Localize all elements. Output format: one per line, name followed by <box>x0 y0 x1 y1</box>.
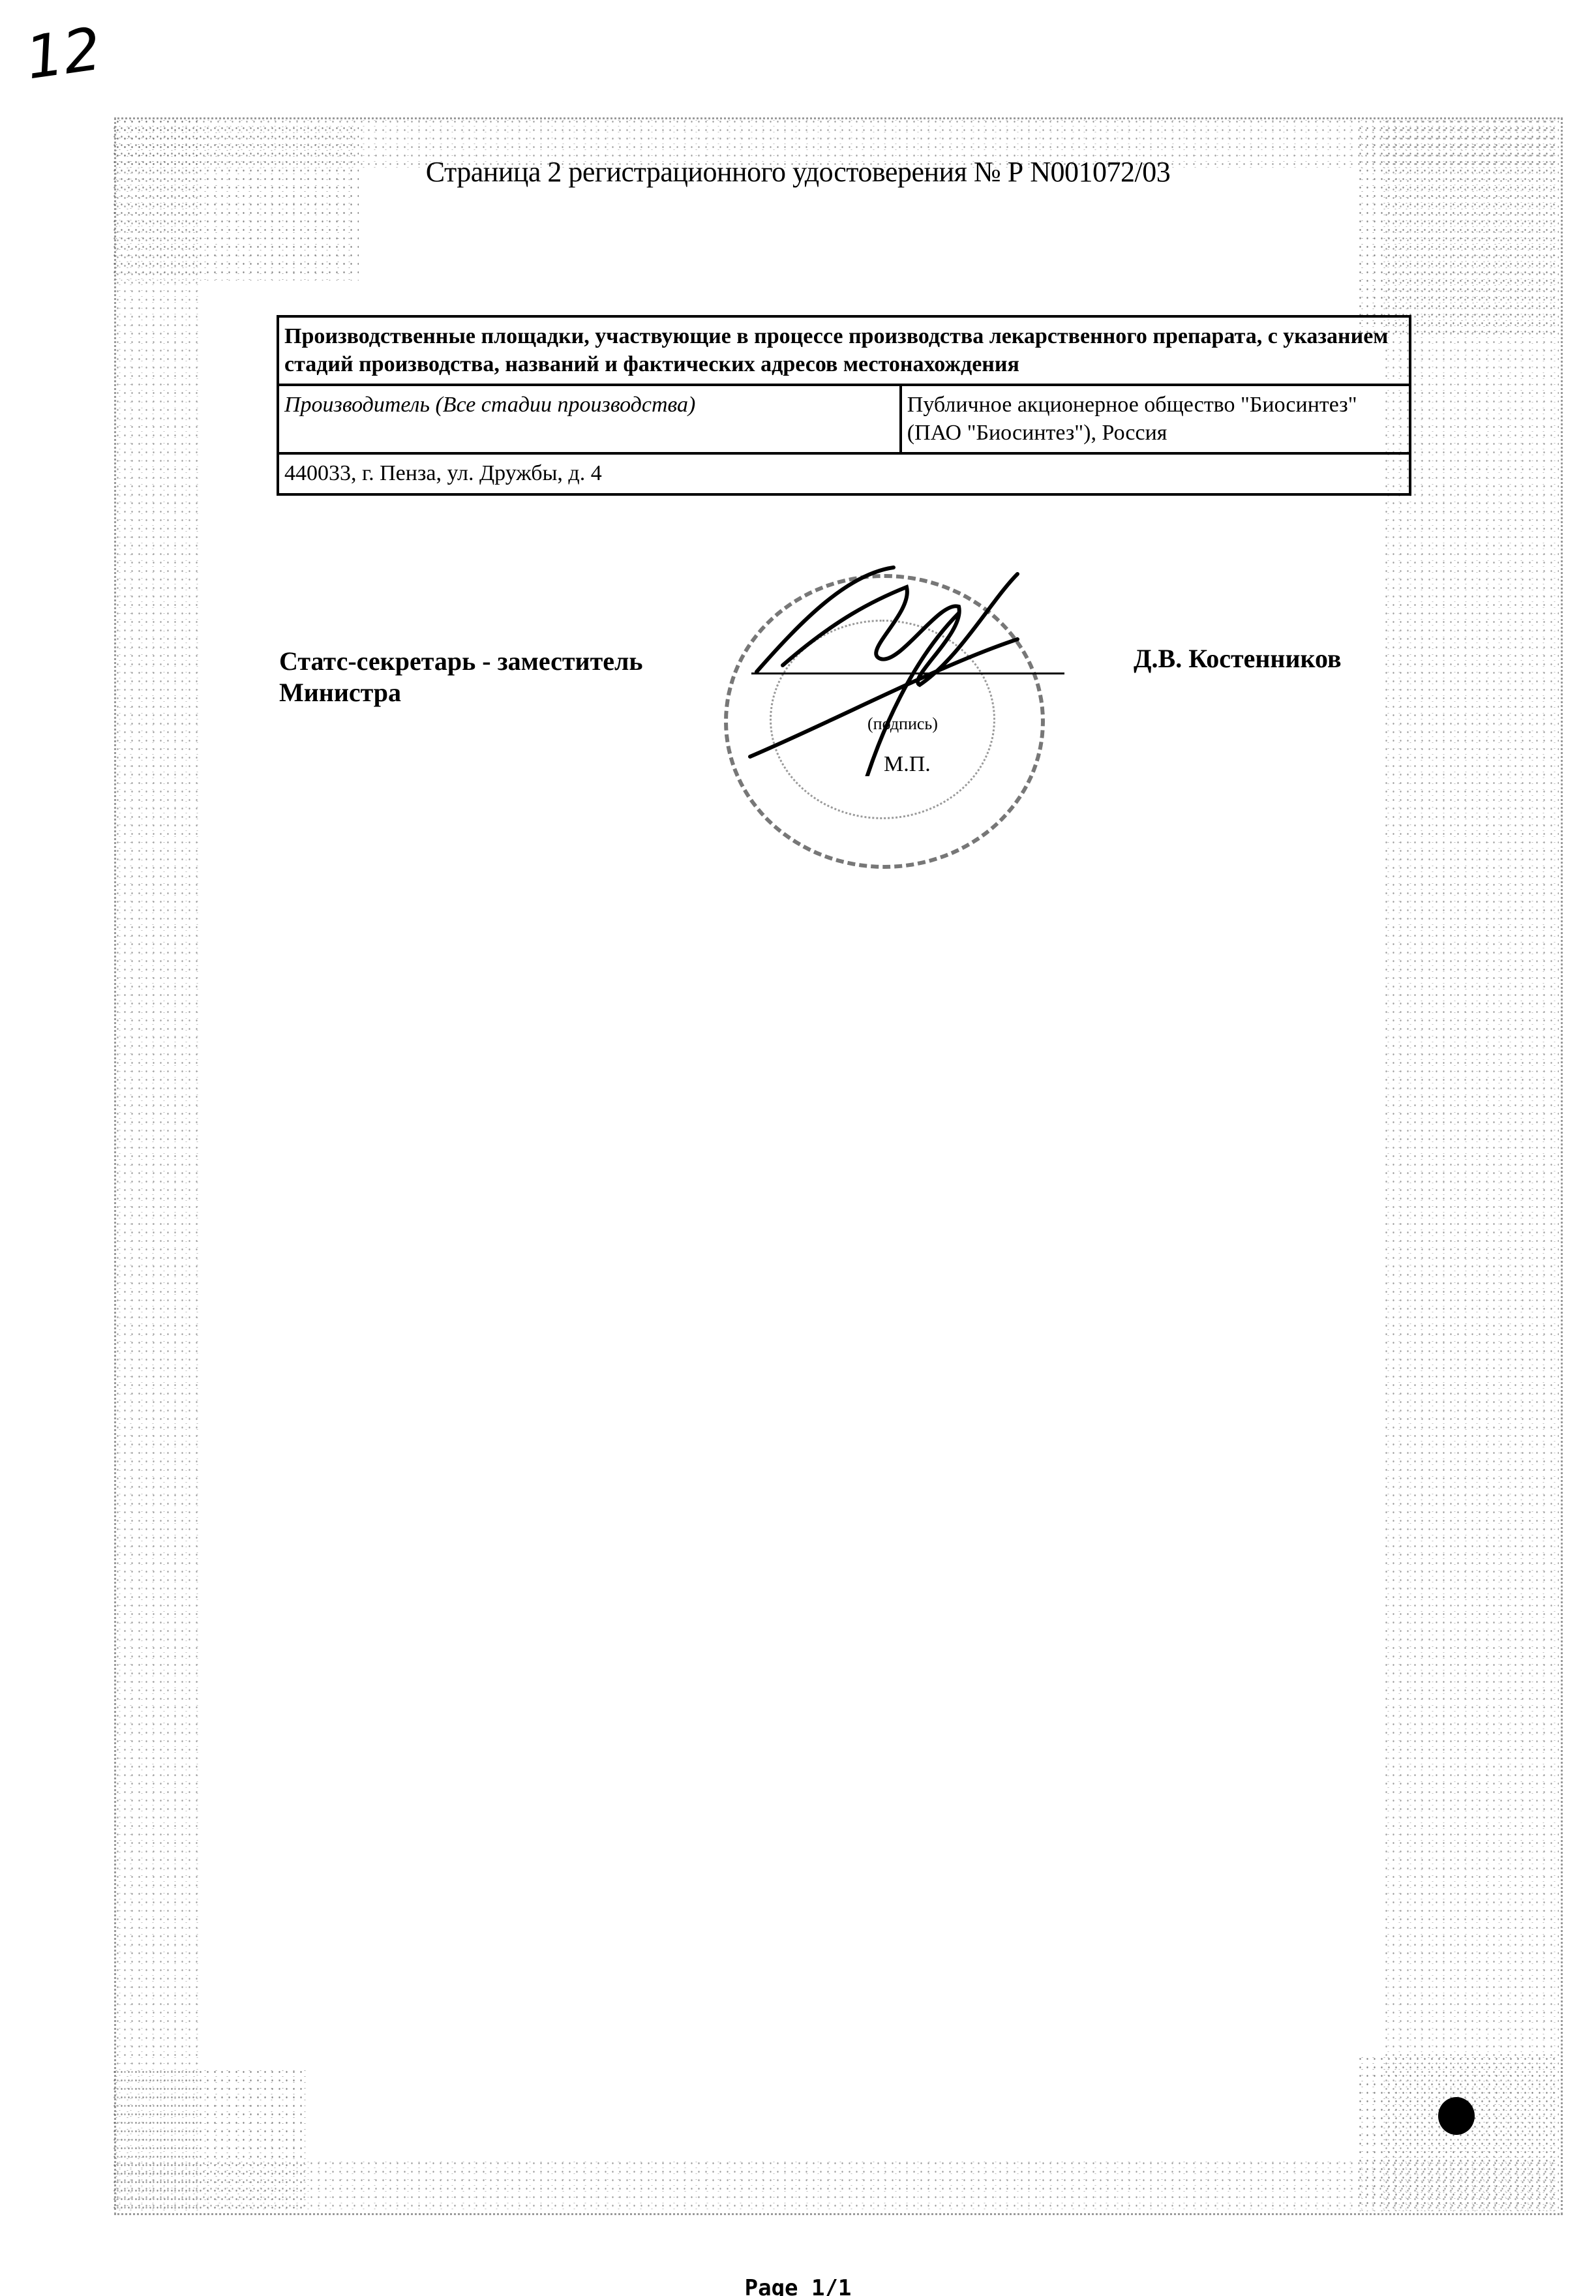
table-row: Производитель (Все стадии производства) … <box>278 385 1410 453</box>
ornament-corner-bottom-left <box>111 2068 307 2211</box>
address-cell: 440033, г. Пенза, ул. Дружбы, д. 4 <box>278 453 1410 494</box>
scan-noise-left <box>114 117 199 2211</box>
organization-cell: Публичное акционерное общество "Биосинте… <box>901 385 1410 453</box>
table-heading-cell: Производственные площадки, участвующие в… <box>278 316 1410 385</box>
address-row: 440033, г. Пенза, ул. Дружбы, д. 4 <box>278 453 1410 494</box>
seal-placeholder-label: М.П. <box>884 752 931 777</box>
production-sites-table: Производственные площадки, участвующие в… <box>277 315 1411 496</box>
signature-caption: (подпись) <box>867 714 938 734</box>
handwritten-signature <box>744 561 1148 776</box>
ornament-corner-top-left <box>111 124 359 280</box>
hole-punch-mark <box>1438 2097 1475 2135</box>
scan-noise-bottom <box>114 2159 1559 2211</box>
signatory-position: Статс-секретарь - заместитель Министра <box>279 646 697 708</box>
page-indicator: Page 1/1 <box>0 2275 1596 2296</box>
page-title: Страница 2 регистрационного удостоверени… <box>0 155 1596 189</box>
manufacturer-role-cell: Производитель (Все стадии производства) <box>278 385 901 453</box>
handwritten-page-number: 12 <box>22 15 105 93</box>
table-header-row: Производственные площадки, участвующие в… <box>278 316 1410 385</box>
signatory-name: Д.В. Костенников <box>1134 643 1342 674</box>
